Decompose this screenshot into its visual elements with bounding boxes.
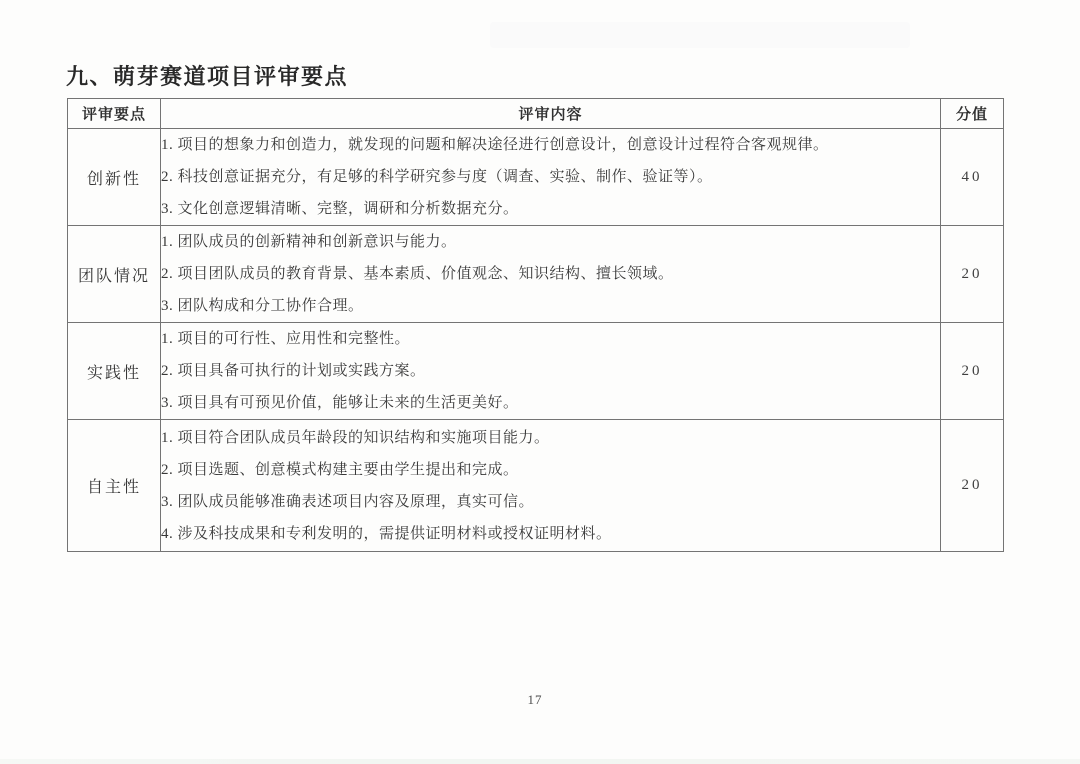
- table-row-innovation: 创新性 1. 项目的想象力和创造力，就发现的问题和解决途径进行创意设计，创意设计…: [68, 129, 1004, 226]
- table-row-autonomy: 自主性 1. 项目符合团队成员年龄段的知识结构和实施项目能力。 2. 项目选题、…: [68, 420, 1004, 552]
- score-cell: 20: [941, 420, 1004, 552]
- content-line: 2. 项目具备可执行的计划或实践方案。: [161, 355, 940, 387]
- scan-artifact-bottom: [0, 759, 1080, 764]
- table-header-row: 评审要点 评审内容 分值: [68, 99, 1004, 129]
- content-line: 1. 项目符合团队成员年龄段的知识结构和实施项目能力。: [161, 422, 940, 454]
- header-criterion: 评审要点: [68, 99, 161, 129]
- score-cell: 20: [941, 226, 1004, 323]
- table-row-practicality: 实践性 1. 项目的可行性、应用性和完整性。 2. 项目具备可执行的计划或实践方…: [68, 323, 1004, 420]
- table-row-team: 团队情况 1. 团队成员的创新精神和创新意识与能力。 2. 项目团队成员的教育背…: [68, 226, 1004, 323]
- page-number: 17: [67, 692, 1003, 708]
- content-line: 1. 项目的可行性、应用性和完整性。: [161, 323, 940, 355]
- section-title: 九、萌芽赛道项目评审要点: [66, 63, 348, 91]
- content-line: 1. 团队成员的创新精神和创新意识与能力。: [161, 226, 940, 258]
- criterion-cell: 团队情况: [68, 226, 161, 323]
- content-line: 2. 项目团队成员的教育背景、基本素质、价值观念、知识结构、擅长领域。: [161, 258, 940, 290]
- header-score: 分值: [941, 99, 1004, 129]
- content-cell: 1. 团队成员的创新精神和创新意识与能力。 2. 项目团队成员的教育背景、基本素…: [161, 226, 941, 323]
- criterion-cell: 创新性: [68, 129, 161, 226]
- content-line: 3. 项目具有可预见价值，能够让未来的生活更美好。: [161, 387, 940, 419]
- scan-artifact-top: [490, 22, 910, 48]
- document-page: 九、萌芽赛道项目评审要点 评审要点 评审内容 分值 创新性 1. 项目的想象力和…: [0, 0, 1080, 764]
- review-criteria-table: 评审要点 评审内容 分值 创新性 1. 项目的想象力和创造力，就发现的问题和解决…: [67, 98, 1004, 552]
- score-cell: 20: [941, 323, 1004, 420]
- content-cell: 1. 项目符合团队成员年龄段的知识结构和实施项目能力。 2. 项目选题、创意模式…: [161, 420, 941, 552]
- criterion-cell: 自主性: [68, 420, 161, 552]
- content-line: 2. 科技创意证据充分，有足够的科学研究参与度（调查、实验、制作、验证等）。: [161, 161, 940, 193]
- content-line: 3. 团队构成和分工协作合理。: [161, 290, 940, 322]
- score-cell: 40: [941, 129, 1004, 226]
- content-cell: 1. 项目的想象力和创造力，就发现的问题和解决途径进行创意设计，创意设计过程符合…: [161, 129, 941, 226]
- content-line: 3. 团队成员能够准确表述项目内容及原理，真实可信。: [161, 486, 940, 518]
- content-line: 2. 项目选题、创意模式构建主要由学生提出和完成。: [161, 454, 940, 486]
- content-cell: 1. 项目的可行性、应用性和完整性。 2. 项目具备可执行的计划或实践方案。 3…: [161, 323, 941, 420]
- content-line: 4. 涉及科技成果和专利发明的，需提供证明材料或授权证明材料。: [161, 518, 940, 550]
- header-content: 评审内容: [161, 99, 941, 129]
- content-line: 1. 项目的想象力和创造力，就发现的问题和解决途径进行创意设计，创意设计过程符合…: [161, 129, 940, 161]
- content-line: 3. 文化创意逻辑清晰、完整，调研和分析数据充分。: [161, 193, 940, 225]
- criterion-cell: 实践性: [68, 323, 161, 420]
